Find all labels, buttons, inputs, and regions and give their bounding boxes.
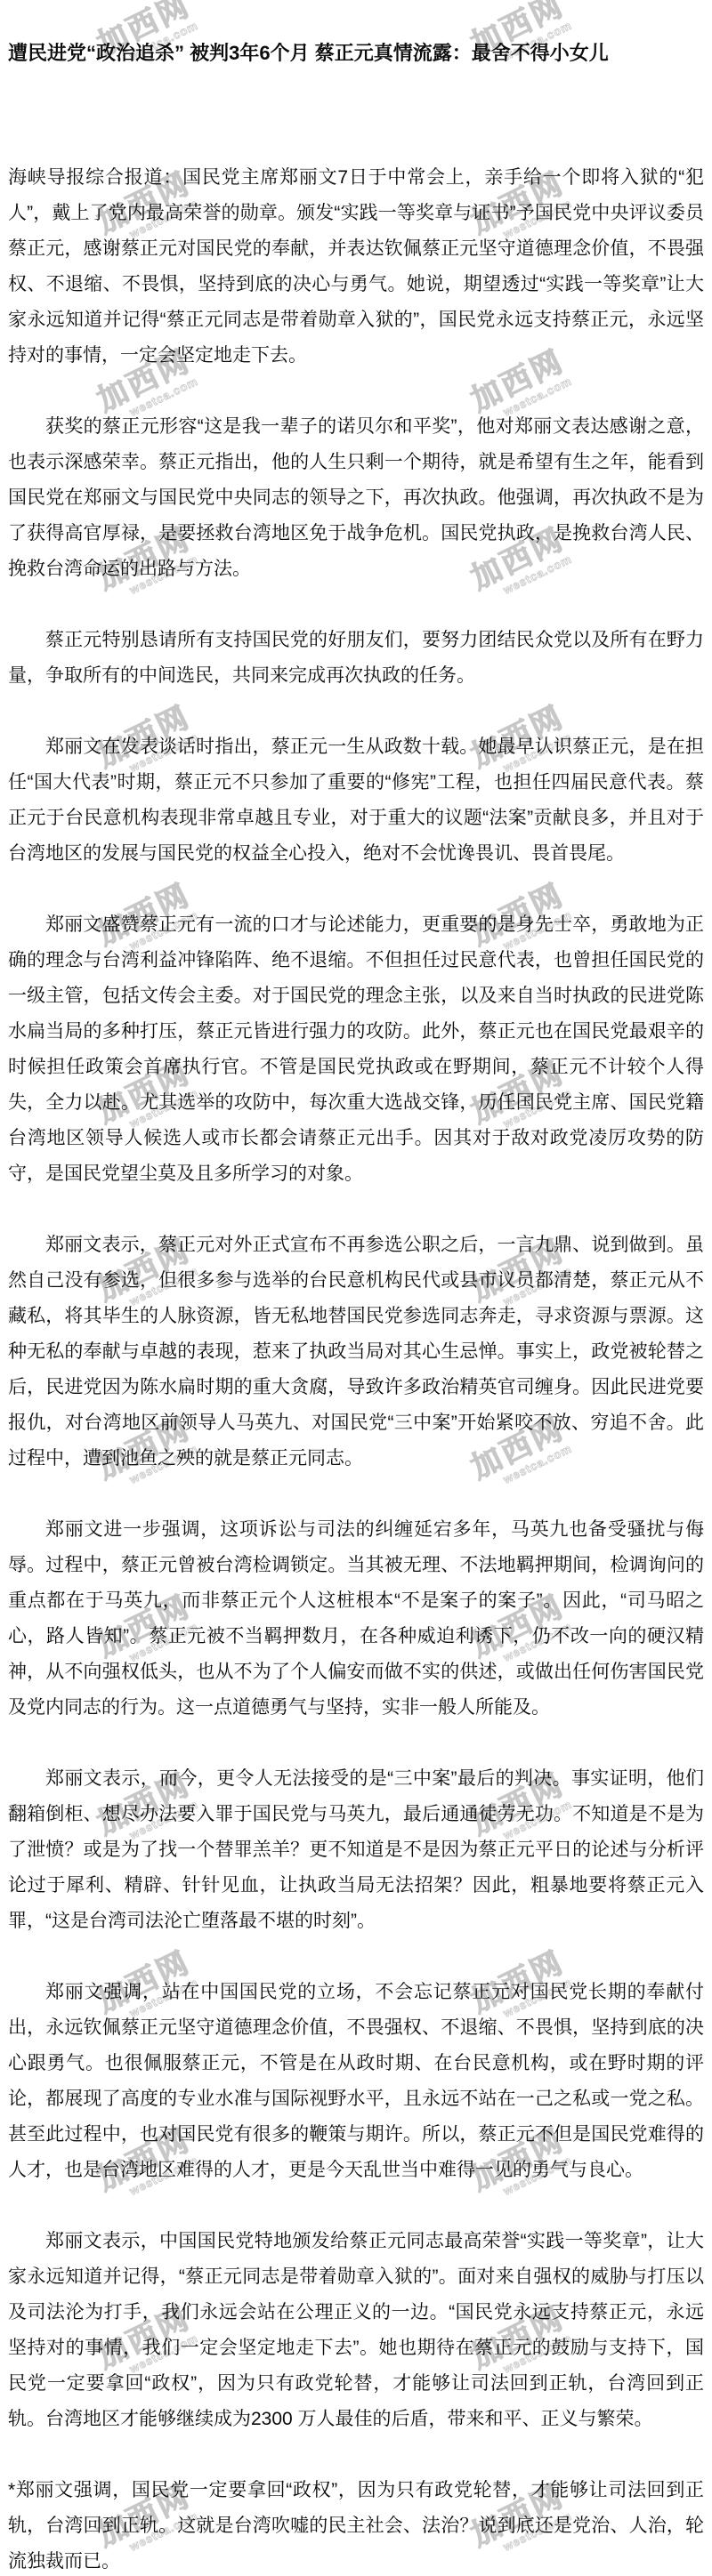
article-paragraph: 郑丽文在发表谈话时指出，蔡正元一生从政数十载。她最早认识蔡正元，是在担任“国大代… bbox=[8, 729, 704, 872]
article-paragraphs: 海峡导报综合报道：国民党主席郑丽文7日于中常会上，亲手给一个即将入狱的“犯人”，… bbox=[8, 160, 704, 2576]
article-paragraph: *郑丽文强调，国民党一定要拿回“政权”，因为只有政党轮替，才能够让司法回到正轨，… bbox=[8, 2473, 704, 2576]
article-paragraph: 海峡导报综合报道：国民党主席郑丽文7日于中常会上，亲手给一个即将入狱的“犯人”，… bbox=[8, 160, 704, 374]
article-paragraph: 郑丽文强调，站在中国国民党的立场，不会忘记蔡正元对国民党长期的奉献付出，永远钦佩… bbox=[8, 1975, 704, 2188]
article-paragraph: 郑丽文表示，蔡正元对外正式宣布不再参选公职之后，一言九鼎、说到做到。虽然自己没有… bbox=[8, 1228, 704, 1477]
article-paragraph: 获奖的蔡正元形容“这是我一辈子的诺贝尔和平奖”，他对郑丽文表达感谢之意，也表示深… bbox=[8, 409, 704, 587]
article-body: 遭民进党“政治追杀” 被判3年6个月 蔡正元真情流露：最舍不得小女儿 海峡导报综… bbox=[0, 0, 712, 2576]
article-paragraph: 蔡正元特别恳请所有支持国民党的好朋友们，要努力团结民众党以及所有在野力量，争取所… bbox=[8, 623, 704, 694]
article-paragraph: 郑丽文表示，中国国民党特地颁发给蔡正元同志最高荣誉“实践一等奖章”，让大家永远知… bbox=[8, 2224, 704, 2437]
article-page: 加西网westca.com加西网westca.com加西网westca.com加… bbox=[0, 0, 712, 2576]
article-title: 遭民进党“政治追杀” 被判3年6个月 蔡正元真情流露：最舍不得小女儿 bbox=[8, 36, 704, 71]
article-paragraph: 郑丽文表示，而今，更令人无法接受的是“三中案”最后的判决。事实证明，他们翻箱倒柜… bbox=[8, 1761, 704, 1939]
article-paragraph: 郑丽文进一步强调，这项诉讼与司法的纠缠延宕多年，马英九也备受骚扰与侮辱。过程中，… bbox=[8, 1512, 704, 1726]
article-paragraph: 郑丽文盛赞蔡正元有一流的口才与论述能力，更重要的是身先士卒，勇敢地为正确的理念与… bbox=[8, 907, 704, 1192]
